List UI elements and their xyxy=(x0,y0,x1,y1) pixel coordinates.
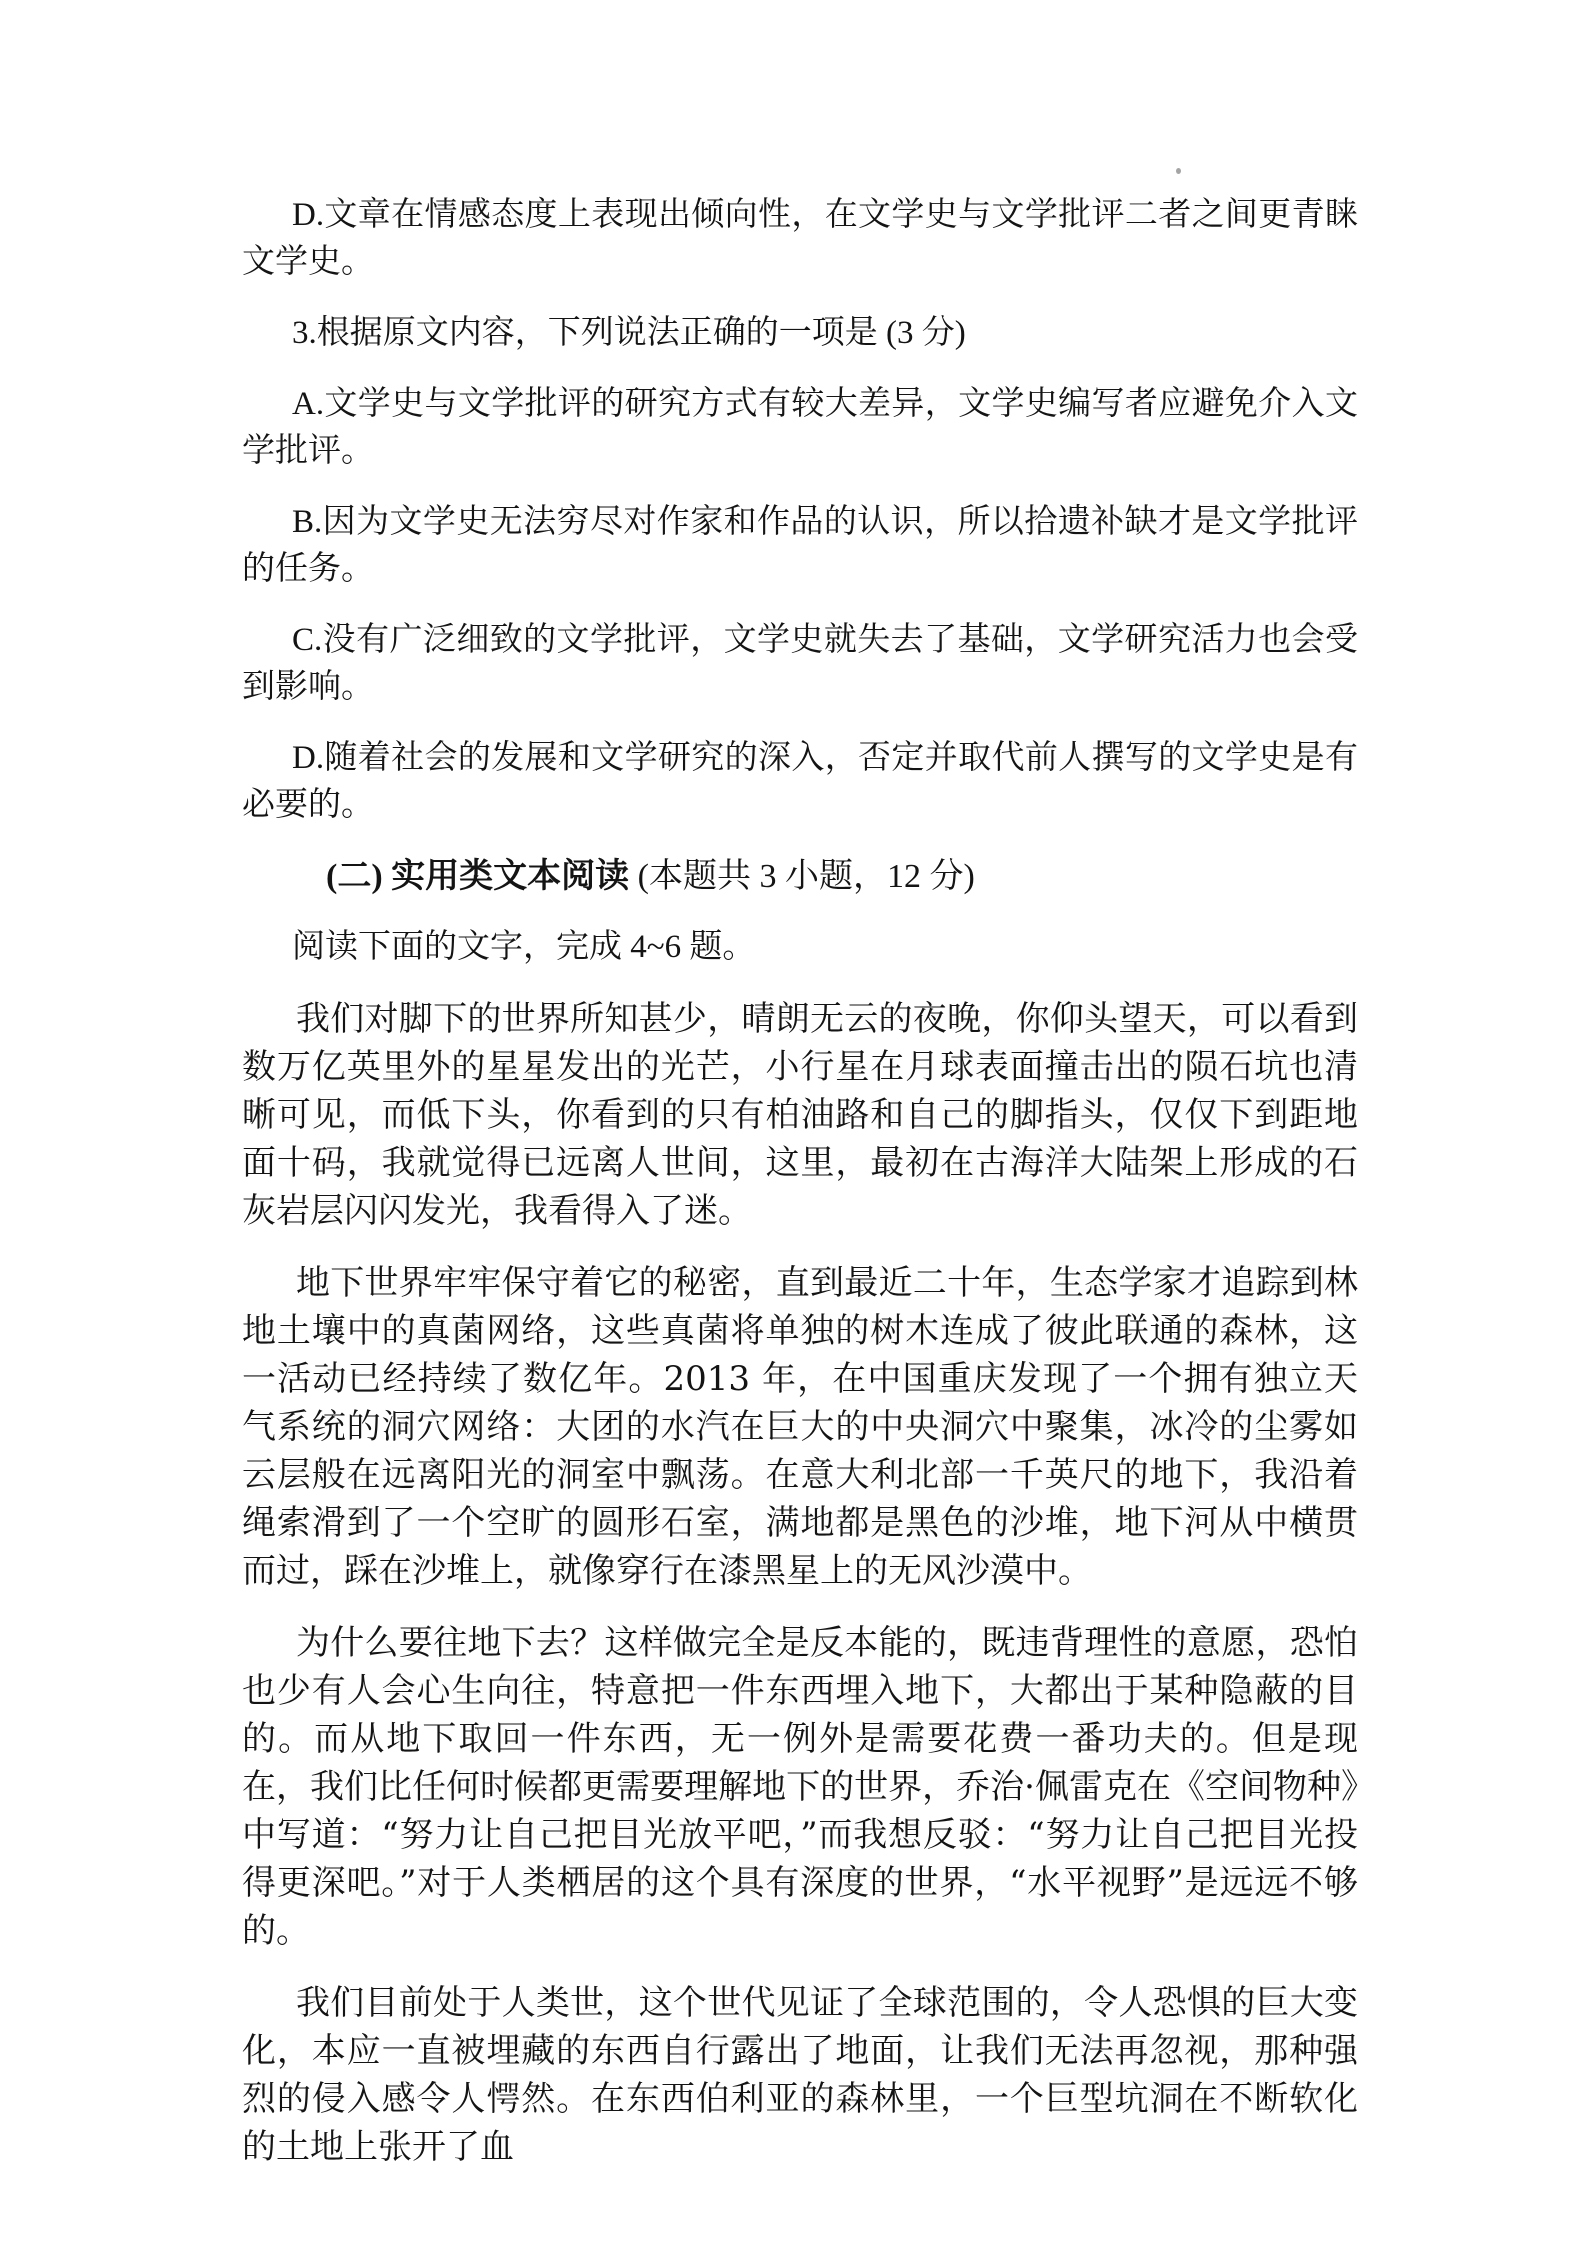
question-3-option-c: C.没有广泛细致的文学批评，文学史就失去了基础，文学研究活力也会受到影响。 xyxy=(242,617,1358,711)
section-2-title: (二) 实用类文本阅读 xyxy=(326,858,629,895)
exam-paper-page: D.文章在情感态度上表现出倾向性，在文学史与文学批评二者之间更青睐文学史。 3.… xyxy=(0,0,1586,2244)
reading-instruction: 阅读下面的文字，完成 4~6 题。 xyxy=(242,924,1358,971)
passage-paragraph-3: 为什么要往地下去？这样做完全是反本能的，既违背理性的意愿，恐怕也少有人会心生向往… xyxy=(242,1619,1358,1955)
page-text-block: D.文章在情感态度上表现出倾向性，在文学史与文学批评二者之间更青睐文学史。 3.… xyxy=(242,192,1358,2195)
passage-paragraph-4: 我们目前处于人类世，这个世代见证了全球范围的，令人恐惧的巨大变化，本应一直被埋藏… xyxy=(242,1979,1358,2171)
question-3-option-b: B.因为文学史无法穷尽对作家和作品的认识，所以拾遗补缺才是文学批评的任务。 xyxy=(242,499,1358,593)
question-3-option-a: A.文学史与文学批评的研究方式有较大差异，文学史编写者应避免介入文学批评。 xyxy=(242,381,1358,475)
question-3-option-d: D.随着社会的发展和文学研究的深入，否定并取代前人撰写的文学史是有必要的。 xyxy=(242,735,1358,829)
scan-speck-artifact xyxy=(1176,168,1181,174)
question-2-option-d: D.文章在情感态度上表现出倾向性，在文学史与文学批评二者之间更青睐文学史。 xyxy=(242,192,1358,286)
section-2-heading: (二) 实用类文本阅读 (本题共 3 小题，12 分) xyxy=(242,853,1358,900)
question-3-stem: 3.根据原文内容，下列说法正确的一项是 (3 分) xyxy=(242,310,1358,357)
passage-paragraph-2: 地下世界牢牢保守着它的秘密，直到最近二十年，生态学家才追踪到林地土壤中的真菌网络… xyxy=(242,1259,1358,1595)
section-2-meta: (本题共 3 小题，12 分) xyxy=(629,858,975,895)
passage-paragraph-1: 我们对脚下的世界所知甚少，晴朗无云的夜晚，你仰头望天，可以看到数万亿英里外的星星… xyxy=(242,995,1358,1235)
